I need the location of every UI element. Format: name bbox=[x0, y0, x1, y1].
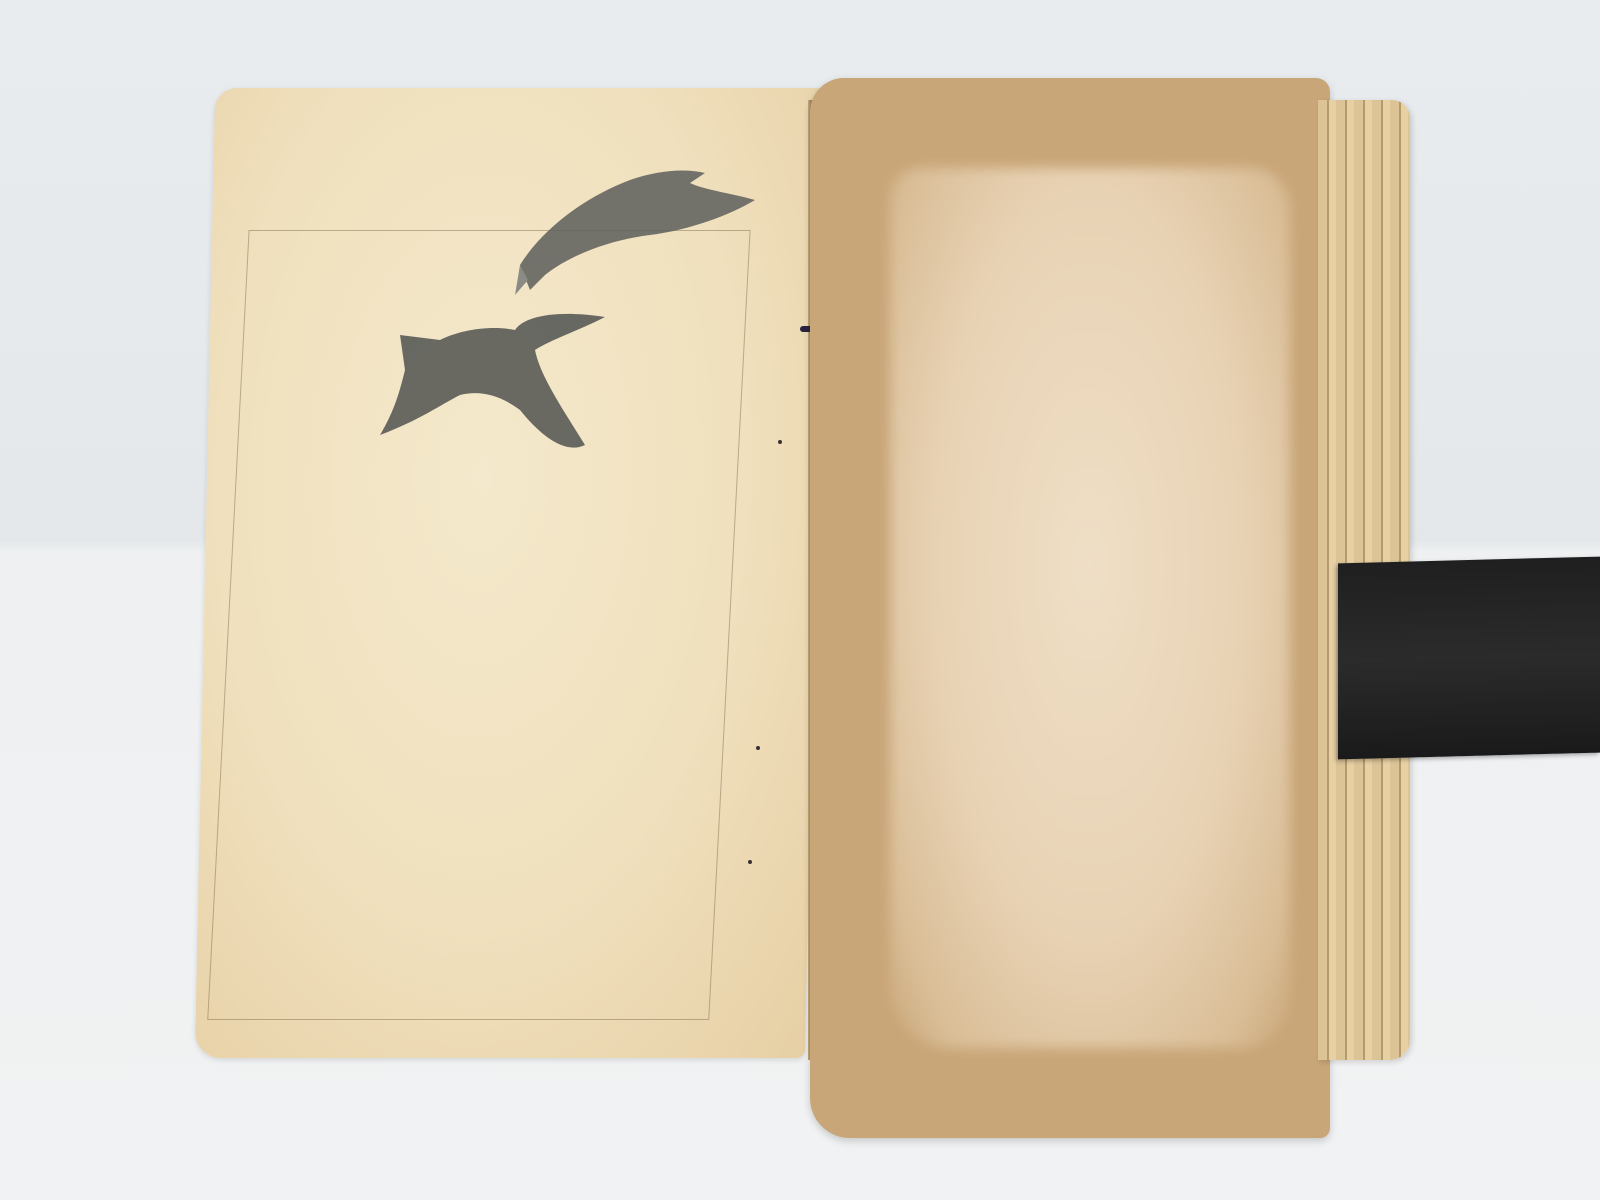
black-strap bbox=[1338, 557, 1600, 760]
upper-bird bbox=[515, 171, 755, 295]
right-page bbox=[810, 78, 1330, 1138]
lower-bird bbox=[380, 314, 605, 448]
ink-speck bbox=[748, 860, 752, 864]
water-stain bbox=[890, 168, 1290, 1048]
birds-illustration bbox=[360, 155, 760, 485]
ink-speck bbox=[756, 746, 760, 750]
book-photo bbox=[0, 0, 1600, 1200]
ink-speck bbox=[778, 440, 782, 444]
